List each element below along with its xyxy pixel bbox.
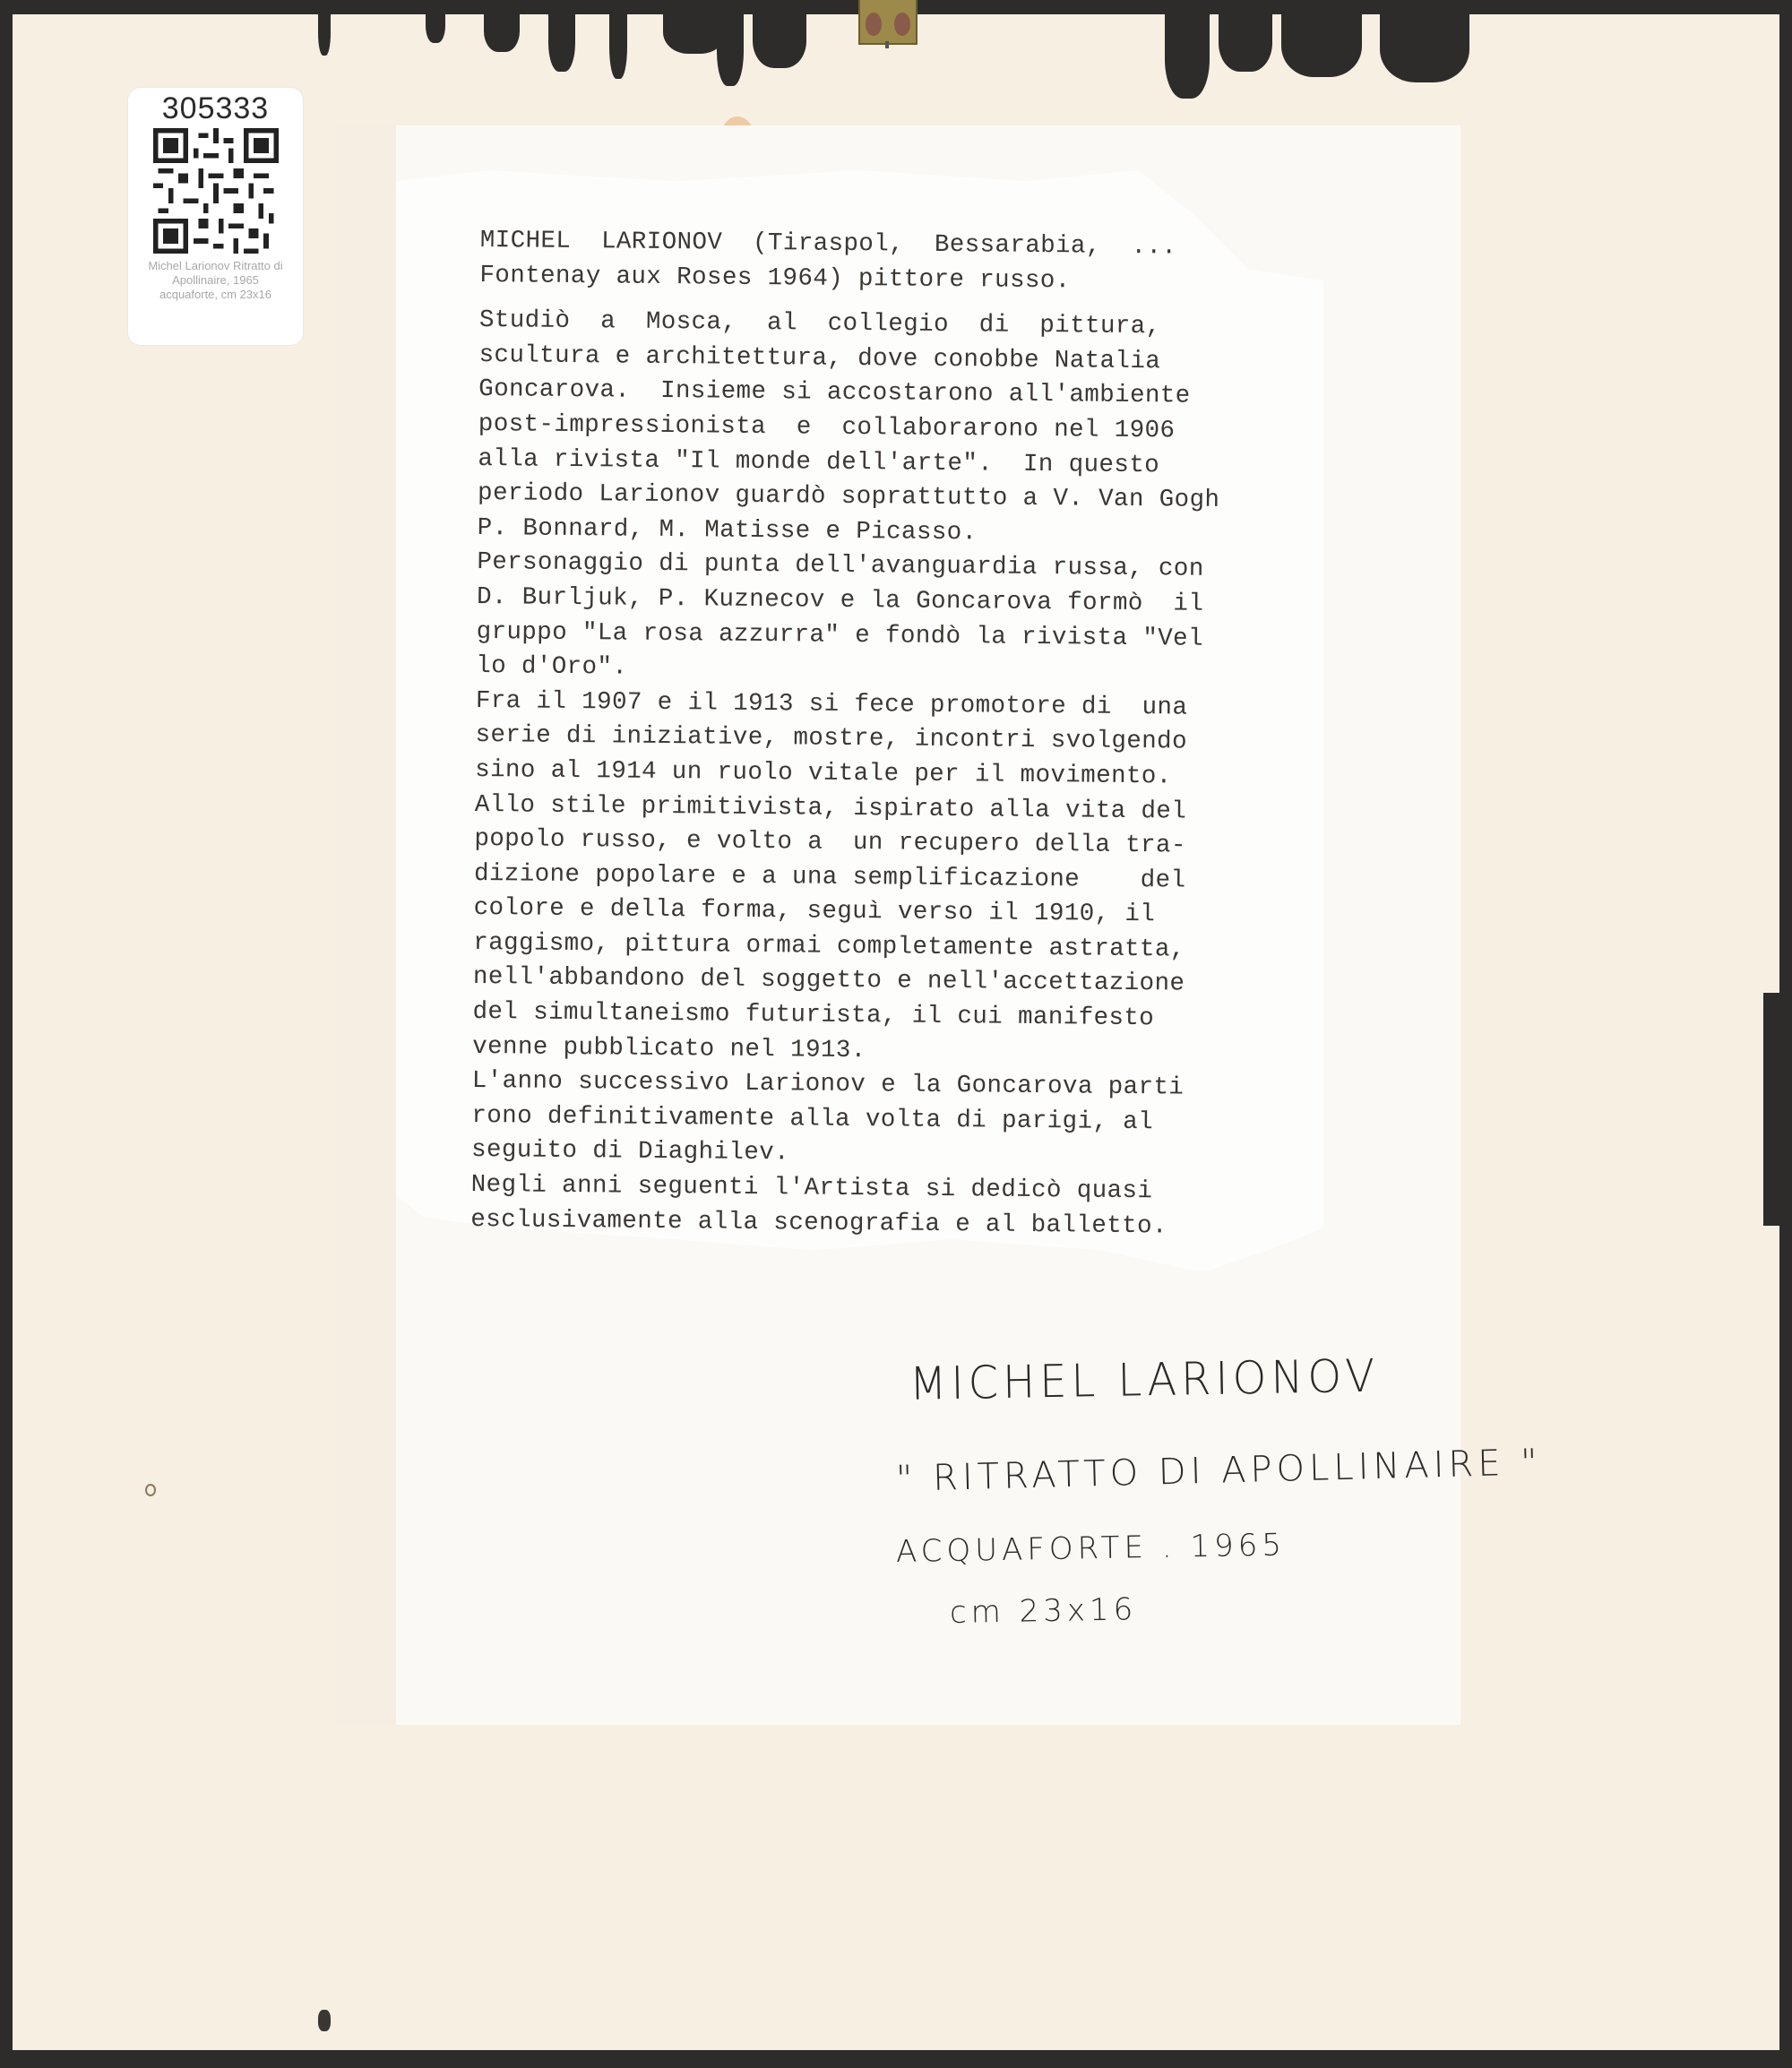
pin-hole-mark xyxy=(145,1484,156,1496)
handwritten-artist-name: MICHEL LARIONOV xyxy=(909,1349,1379,1410)
handwritten-technique-year: ACQUAFORTE . 1965 xyxy=(896,1527,1287,1570)
bottom-nail-mark xyxy=(318,2010,331,2031)
label-caption-line: acquaforte, cm 23x16 xyxy=(128,288,303,302)
label-caption-line: Apollinaire, 1965 xyxy=(128,273,303,288)
inner-mount-shadow xyxy=(333,125,396,1725)
typed-biography-text: MICHEL LARIONOV (Tiraspol, Bessarabia, .… xyxy=(470,224,1340,1245)
sawtooth-hanger xyxy=(858,0,918,45)
inventory-number: 305333 xyxy=(128,91,303,126)
label-caption-line: Michel Larionov Ritratto di xyxy=(128,259,303,273)
right-edge-chip xyxy=(1763,993,1781,1226)
inventory-label: 305333 Michel Lariono xyxy=(128,88,303,345)
label-caption: Michel Larionov Ritratto di Apollinaire,… xyxy=(128,259,303,302)
handwritten-dimensions: cm 23x16 xyxy=(950,1591,1138,1631)
qr-code-icon[interactable] xyxy=(153,128,279,254)
